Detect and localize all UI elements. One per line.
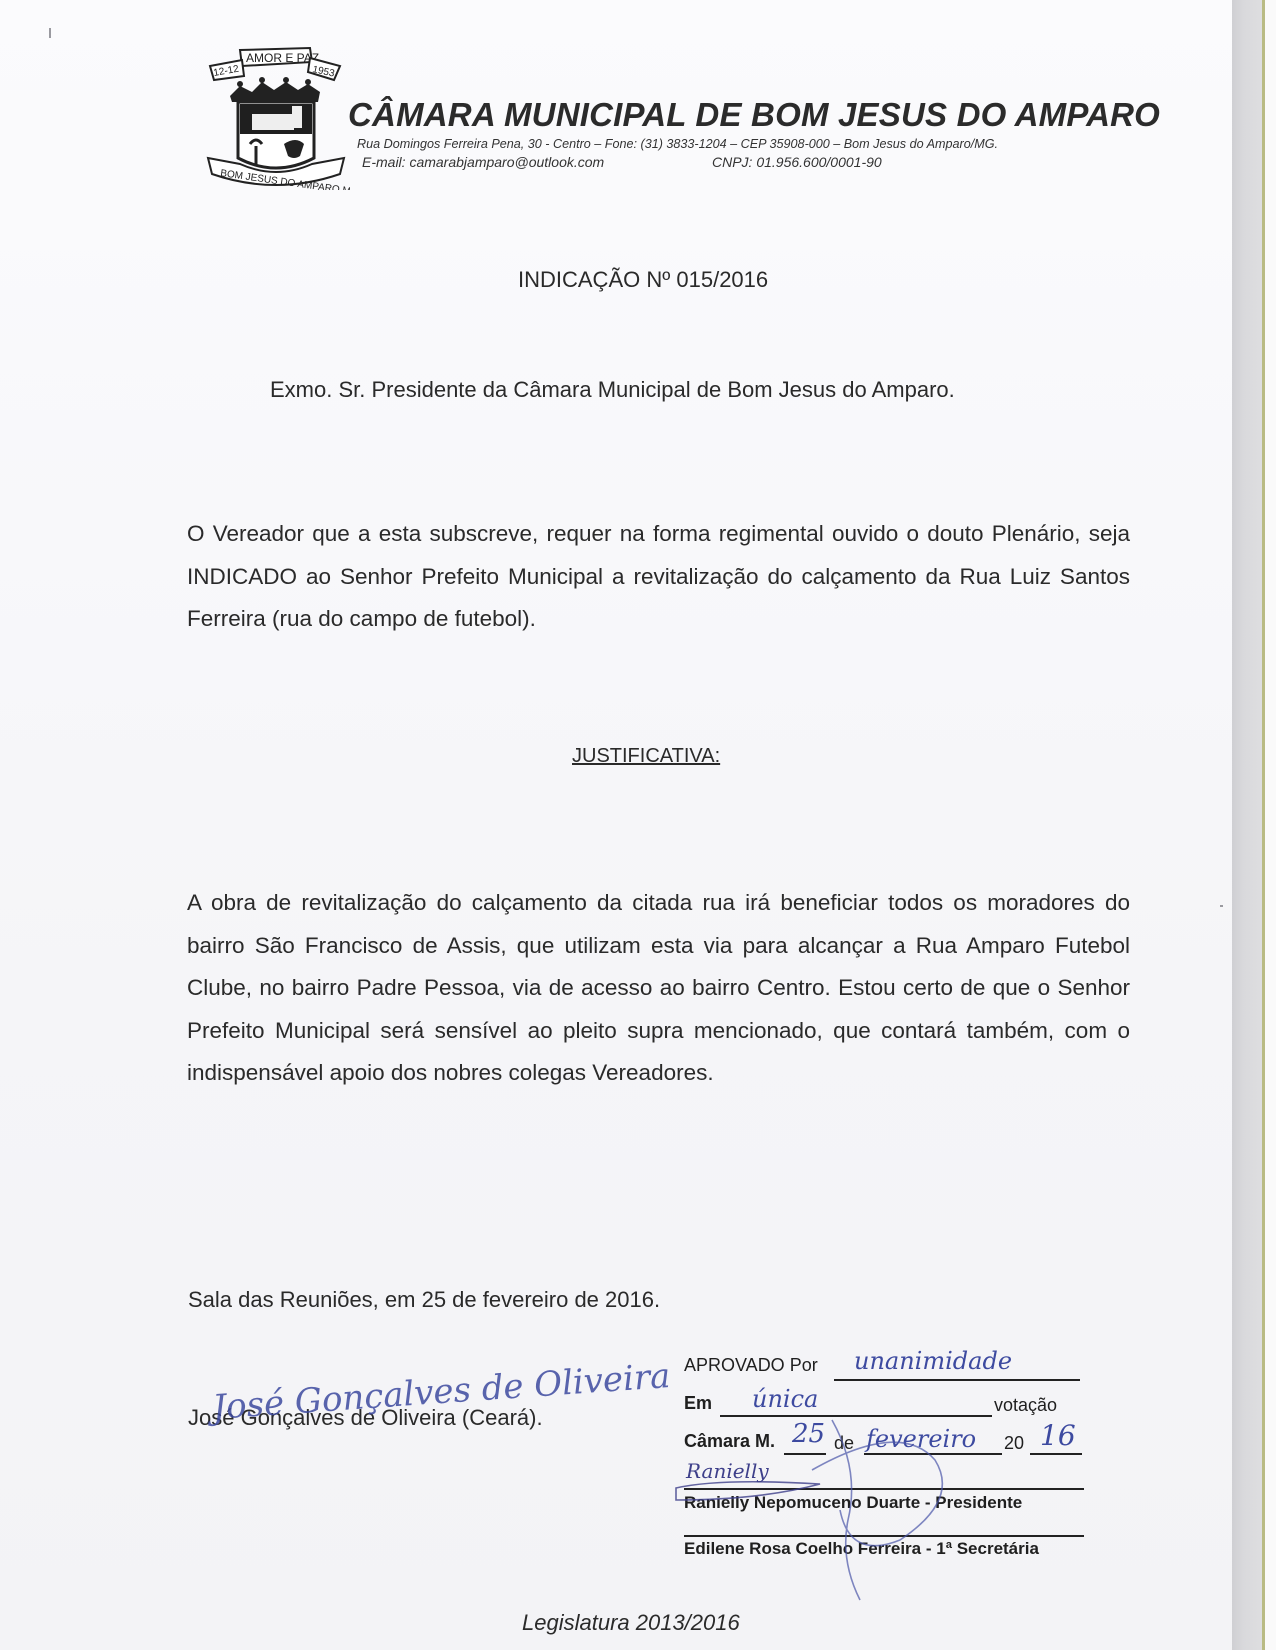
- organization-cnpj: CNPJ: 01.956.600/0001-90: [712, 154, 882, 170]
- request-paragraph: O Vereador que a esta subscreve, requer …: [187, 513, 1130, 641]
- camara-label: Câmara M.: [684, 1431, 775, 1452]
- approved-by-value: unanimidade: [854, 1347, 1012, 1375]
- scan-margin: [1265, 0, 1276, 1650]
- em-value: única: [752, 1385, 818, 1413]
- document-title: INDICAÇÃO Nº 015/2016: [518, 267, 768, 293]
- president-line: [684, 1488, 1084, 1490]
- svg-text:AMOR E PAZ: AMOR E PAZ: [246, 51, 319, 65]
- justification-paragraph: A obra de revitalização do calçamento da…: [187, 882, 1130, 1095]
- secretary-line: [684, 1535, 1084, 1537]
- president-name: Ranielly Nepomuceno Duarte - Presidente: [684, 1493, 1022, 1513]
- year-prefix: 20: [1004, 1433, 1024, 1454]
- scan-speck: [1220, 905, 1223, 907]
- day-value: 25: [792, 1419, 825, 1449]
- scan-speck: [49, 28, 51, 38]
- em-label: Em: [684, 1393, 712, 1414]
- approved-by-label: APROVADO Por: [684, 1355, 818, 1376]
- approved-by-line: [834, 1379, 1080, 1381]
- president-signature: Ranielly: [686, 1459, 769, 1483]
- justification-heading: JUSTIFICATIVA:: [572, 745, 720, 768]
- scan-edge-shadow: [1232, 0, 1262, 1650]
- year-value: 16: [1040, 1419, 1076, 1452]
- place-date: Sala das Reuniões, em 25 de fevereiro de…: [188, 1287, 660, 1313]
- organization-email: E-mail: camarabjamparo@outlook.com: [362, 154, 604, 170]
- de-label: de: [834, 1433, 854, 1454]
- legislature-footer: Legislatura 2013/2016: [522, 1610, 740, 1636]
- em-line: [720, 1415, 992, 1417]
- votacao-label: votação: [994, 1395, 1057, 1416]
- request-paragraph-text: O Vereador que a esta subscreve, requer …: [187, 513, 1130, 641]
- organization-name: CÂMARA MUNICIPAL DE BOM JESUS DO AMPARO: [348, 96, 1160, 134]
- salutation: Exmo. Sr. Presidente da Câmara Municipal…: [270, 377, 955, 403]
- month-value: fevereiro: [866, 1425, 976, 1453]
- month-line: [864, 1453, 1002, 1455]
- day-line: [784, 1453, 826, 1455]
- organization-address: Rua Domingos Ferreira Pena, 30 - Centro …: [357, 137, 998, 151]
- year-line: [1030, 1453, 1082, 1455]
- justification-paragraph-text: A obra de revitalização do calçamento da…: [187, 882, 1130, 1095]
- municipal-coat-of-arms-icon: AMOR E PAZ 12-12 1953 BOM JESUS DO AMPAR…: [200, 40, 350, 190]
- secretary-name: Edilene Rosa Coelho Ferreira - 1ª Secret…: [684, 1539, 1039, 1559]
